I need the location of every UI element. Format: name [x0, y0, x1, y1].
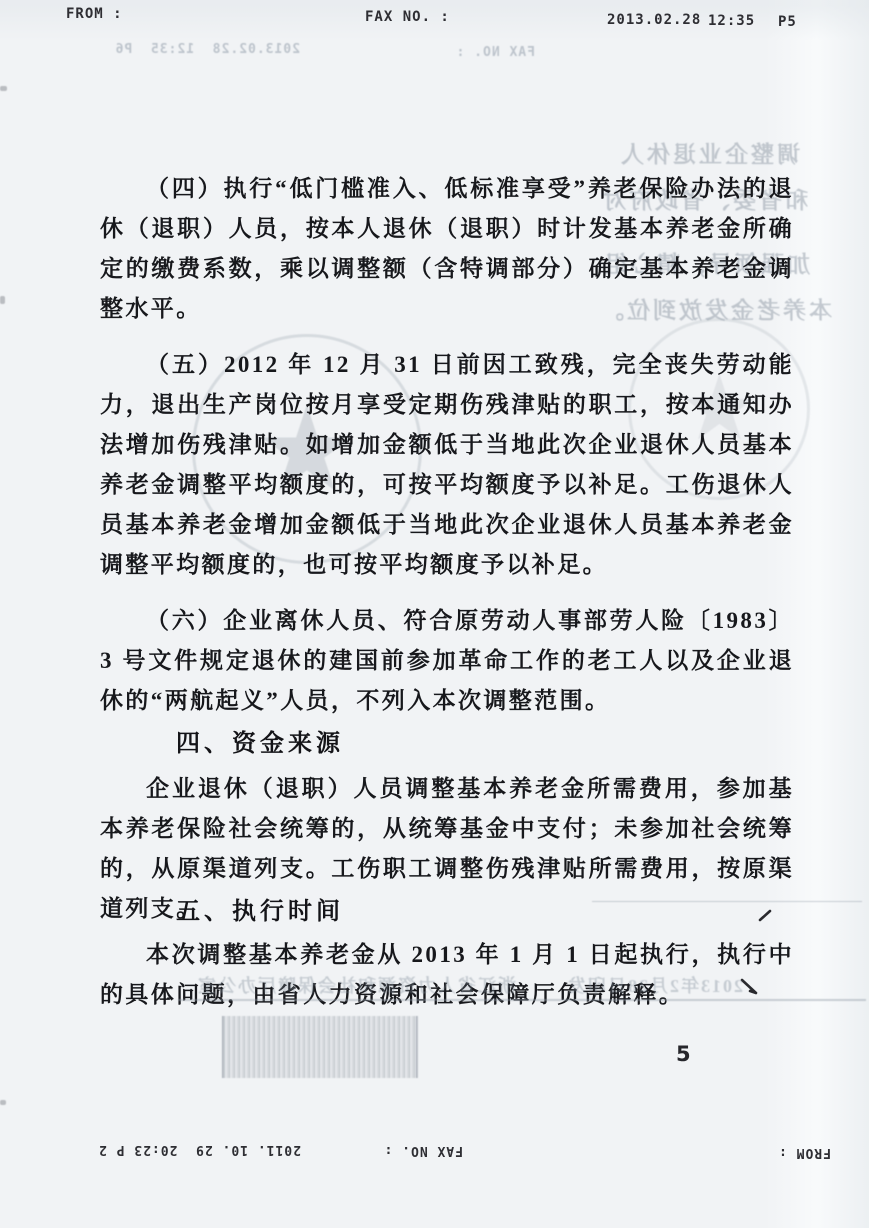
scan-artifact	[0, 296, 5, 304]
bleed-footer-issuer: 浙江省人力资源和社会保障厅办公室	[196, 972, 516, 998]
fax-time: 12:35	[708, 13, 755, 29]
bleed-footer-date: 2013年2月28日印发	[566, 972, 743, 998]
heading-funding-source: 四、资金来源	[176, 723, 344, 758]
fax-footer-row: FROM : FAX NO. : 2011. 10. 29 20:23 P 2	[0, 1138, 869, 1160]
heading-execution-time: 五、执行时间	[176, 891, 344, 926]
scan-artifact	[0, 1100, 6, 1105]
fax-footer-from-label: FROM :	[778, 1145, 831, 1160]
fax-date: 2013.02.28	[607, 12, 701, 28]
fax-footer-number-label: FAX NO. :	[384, 1143, 463, 1158]
fax-from-label: FROM :	[66, 6, 123, 22]
fax-document-page: FROM : FAX NO. : 2013.02.28 12:35 P5 201…	[0, 0, 869, 1228]
bleed-header-fax-label: FAX NO. :	[456, 45, 535, 60]
scan-artifact	[0, 86, 7, 91]
page-number: 5	[676, 1042, 692, 1066]
fax-page-indicator: P5	[778, 14, 797, 30]
bleed-rule-upper	[592, 901, 862, 902]
bleed-line-1: 调整企业退休人	[618, 136, 800, 169]
paragraph-item-5: （五）2012 年 12 月 31 日前因工致残，完全丧失劳动能力，退出生产岗位…	[100, 345, 794, 585]
paragraph-item-6: （六）企业离休人员、符合原劳动人事部劳人险〔1983〕3 号文件规定退休的建国前…	[100, 601, 794, 721]
bleed-dark-block	[222, 1016, 418, 1078]
pen-mark	[756, 906, 776, 926]
fax-footer-datetime: 2011. 10. 29 20:23 P 2	[98, 1142, 301, 1157]
paragraph-item-4: （四）执行“低门槛准入、低标准享受”养老保险办法的退休（退职）人员，按本人退休（…	[100, 169, 794, 329]
fax-number-label: FAX NO. :	[365, 9, 450, 25]
bleed-rule-lower	[178, 999, 866, 1001]
header-bleed-row: 2013.02.28 12:35 P6 FAX NO. :	[0, 42, 869, 62]
bleed-header-datetime: 2013.02.28 12:35 P6	[115, 42, 300, 57]
